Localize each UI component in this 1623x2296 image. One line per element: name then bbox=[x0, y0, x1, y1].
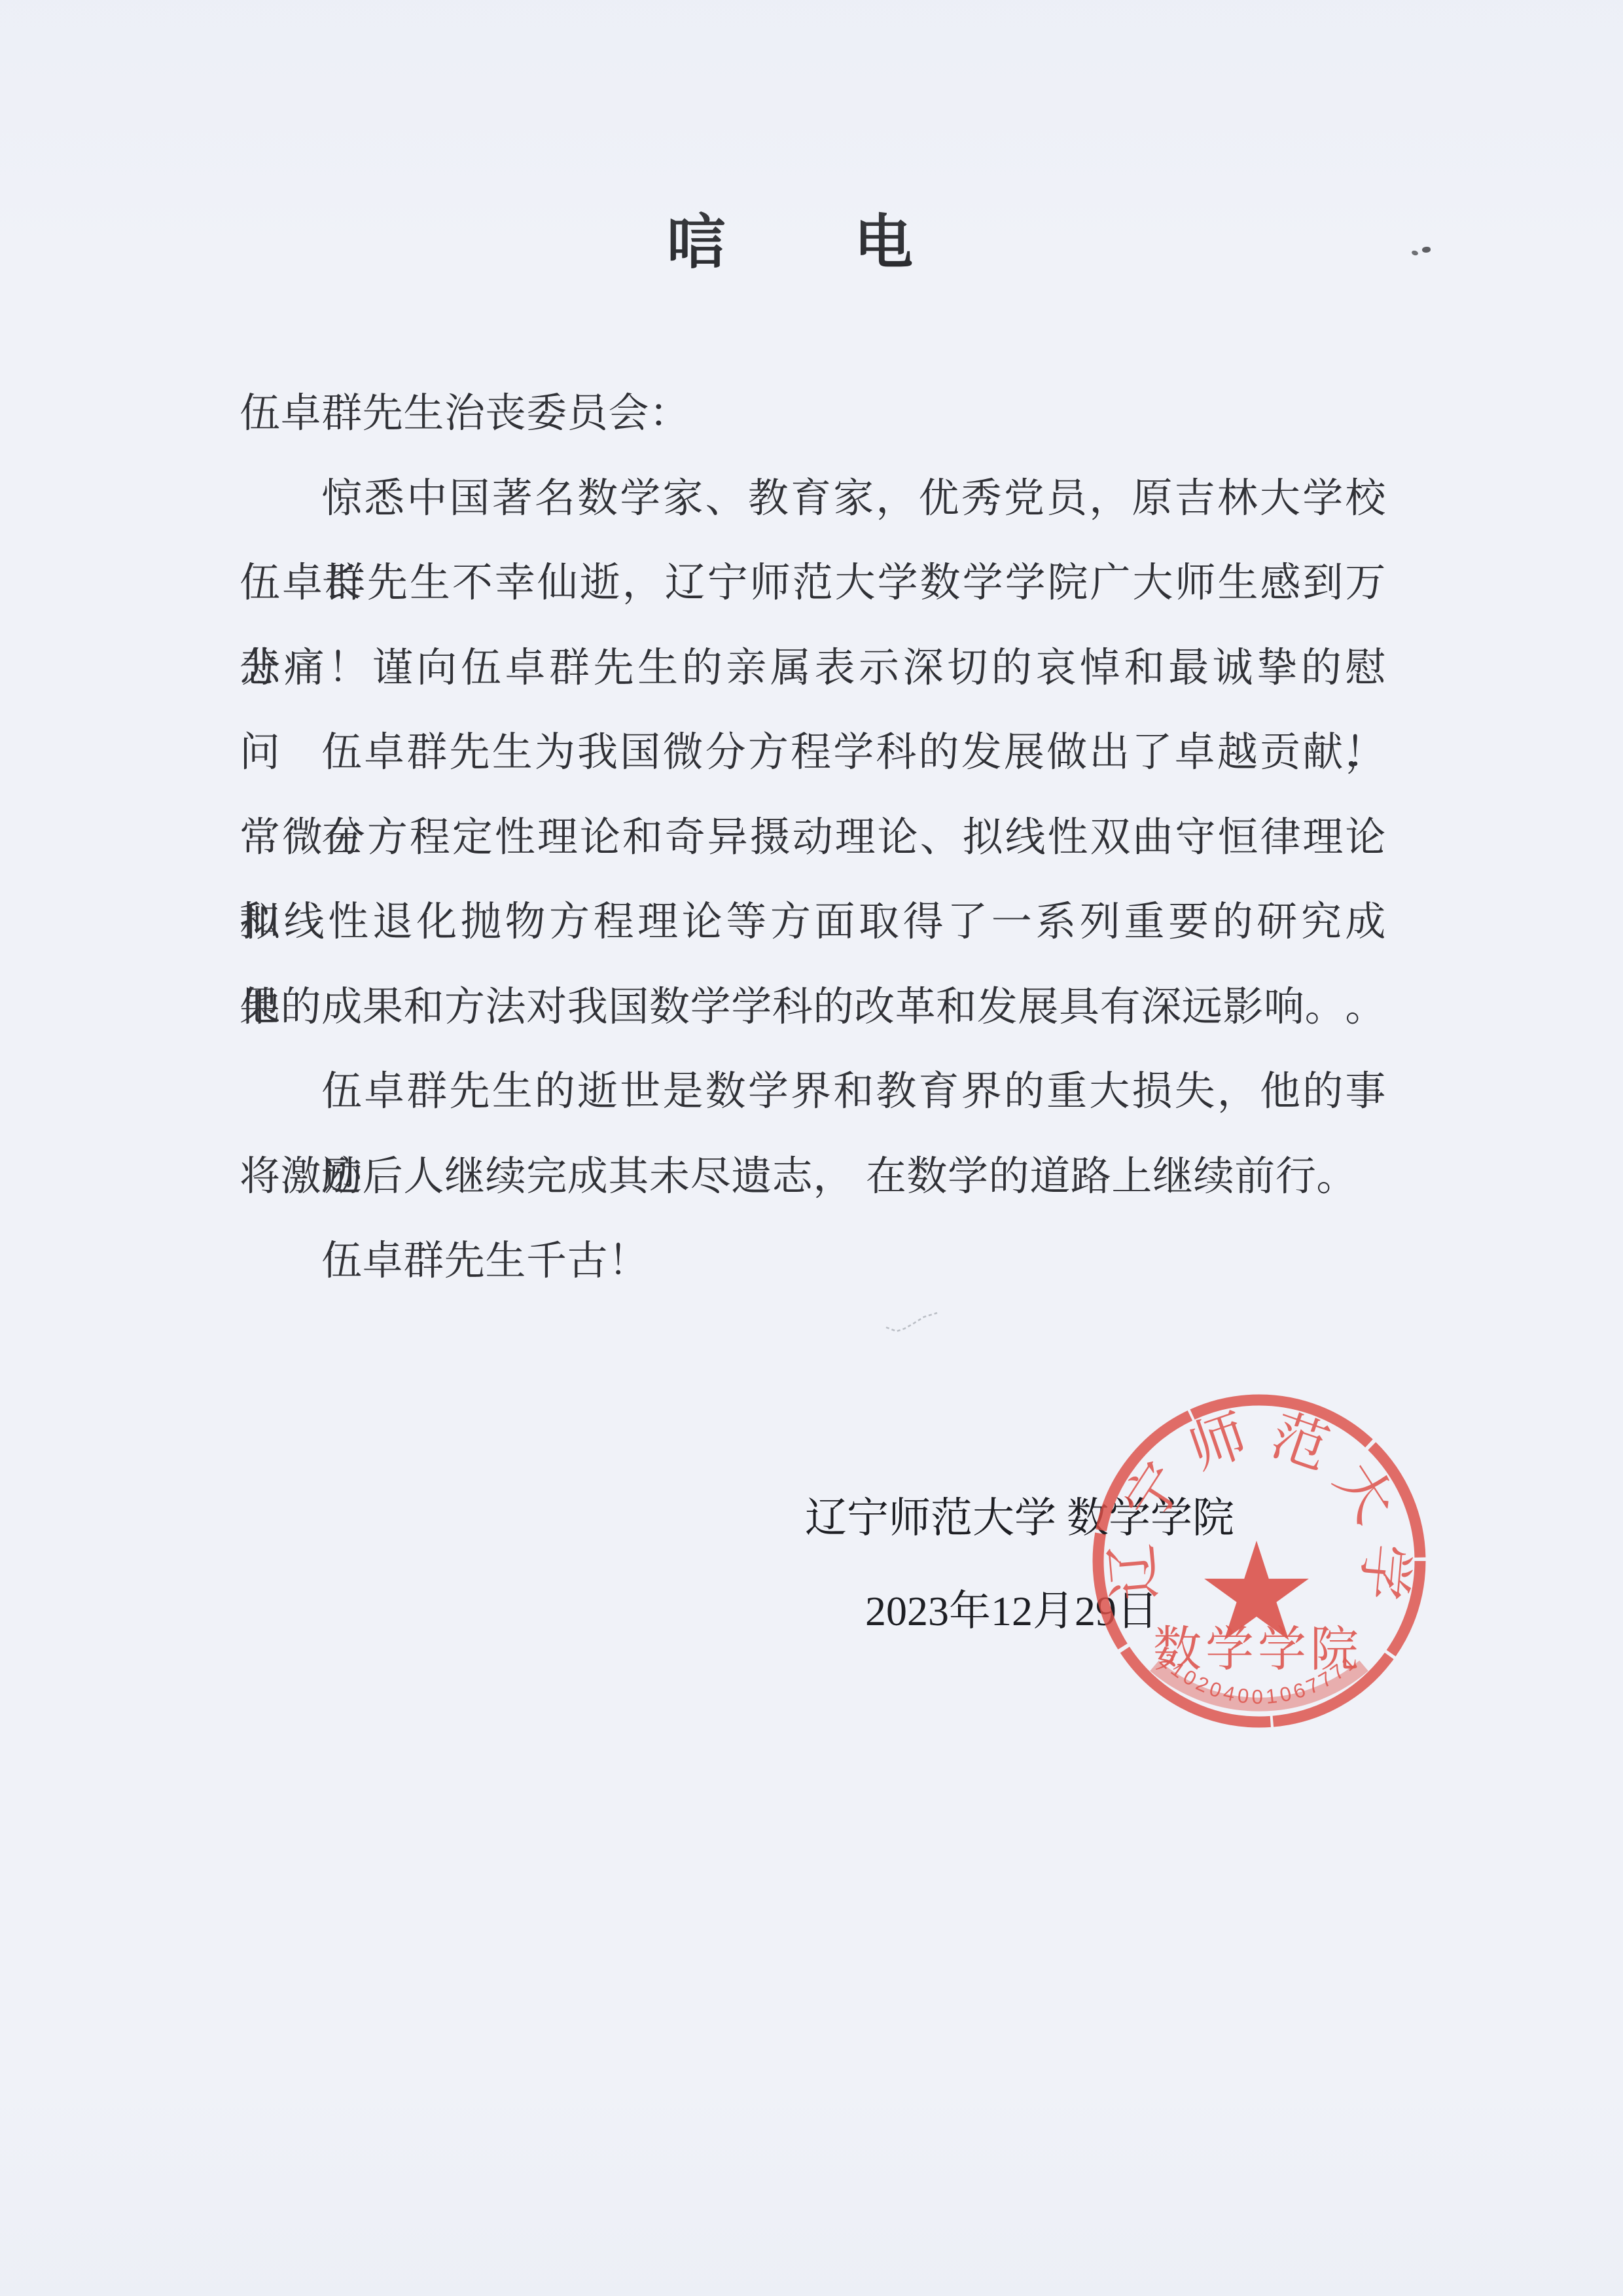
scanned-letter-page: 唁 电 伍卓群先生治丧委员会： 惊悉中国著名数学家、教育家，优秀党员，原吉林大学… bbox=[0, 0, 1623, 2296]
scan-pencil-mark-stroke bbox=[886, 1313, 937, 1331]
body-line: 伍卓群先生不幸仙逝，辽宁师范大学数学学院广大师生感到万分 bbox=[240, 541, 1386, 626]
seal-arc-char: 师 bbox=[1181, 1403, 1255, 1481]
body-line: 常微分方程定性理论和奇异摄动理论、拟线性双曲守恒律理论和 bbox=[240, 795, 1386, 880]
official-seal: 辽 宁 师 范 大 学 数学学院 210204001067771 bbox=[1076, 1378, 1442, 1744]
scan-pencil-mark bbox=[885, 1309, 944, 1338]
body-line: 伍卓群先生为我国微分方程学科的发展做出了卓越贡献，在 bbox=[240, 710, 1386, 795]
page-title: 唁 电 bbox=[0, 213, 1601, 272]
title-char-1: 唁 bbox=[667, 213, 726, 272]
title-char-2: 电 bbox=[854, 213, 913, 272]
body-line: 惊悉中国著名数学家、教育家，优秀党员，原吉林大学校长 bbox=[240, 456, 1386, 541]
body-line: 将激励后人继续完成其未尽遗志， 在数学的道路上继续前行。 bbox=[240, 1134, 1386, 1219]
body-line: 他的成果和方法对我国数学学科的改革和发展具有深远影响。 bbox=[240, 965, 1386, 1050]
body-line: 伍卓群先生千古！ bbox=[240, 1219, 1386, 1304]
letter-body: 伍卓群先生治丧委员会： 惊悉中国著名数学家、教育家，优秀党员，原吉林大学校长 伍… bbox=[240, 371, 1386, 1304]
scan-ink-speck bbox=[1422, 247, 1431, 253]
seal-arc-char: 学 bbox=[1351, 1541, 1418, 1603]
salutation: 伍卓群先生治丧委员会： bbox=[240, 371, 1386, 456]
body-line: 悲痛！谨向伍卓群先生的亲属表示深切的哀悼和最诚挚的慰问！ bbox=[240, 626, 1386, 711]
body-line: 伍卓群先生的逝世是数学界和教育界的重大损失，他的事迹 bbox=[240, 1049, 1386, 1134]
seal-arc-char: 辽 bbox=[1100, 1541, 1168, 1603]
body-line: 拟线性退化抛物方程理论等方面取得了一系列重要的研究成果。 bbox=[240, 880, 1386, 965]
